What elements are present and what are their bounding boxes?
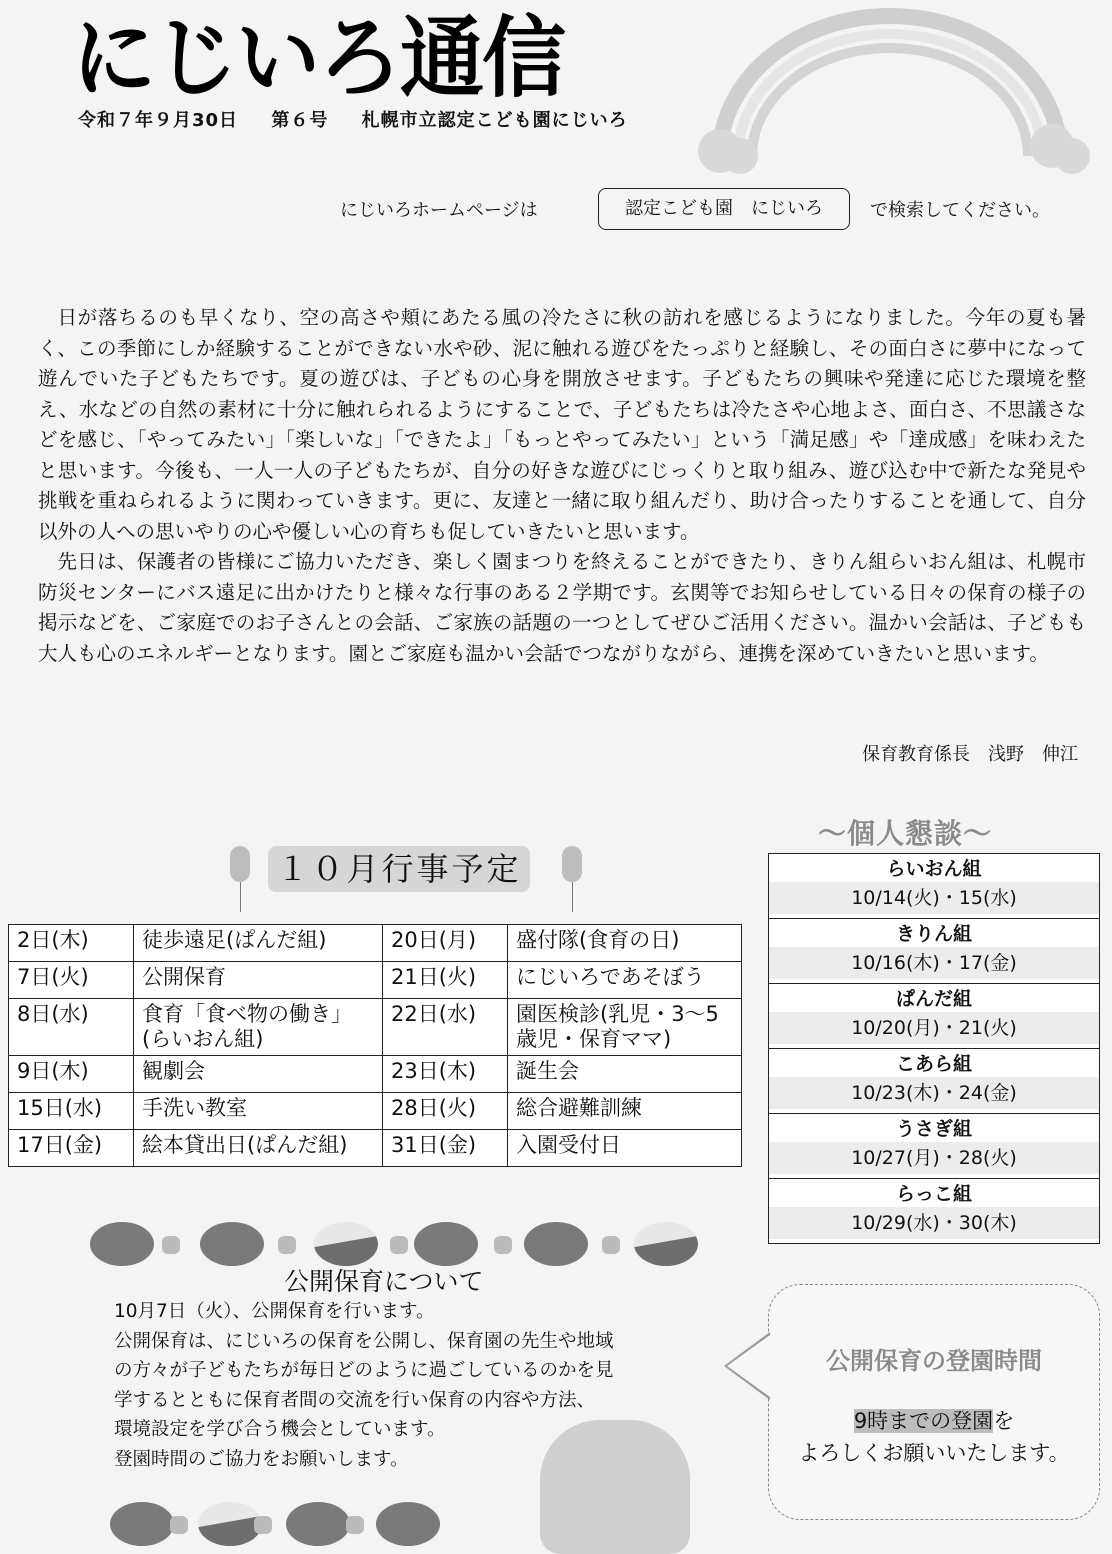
bubble-highlight: 9時までの登園	[854, 1409, 993, 1433]
event-cell: 園医検診(乳児・3～5歳児・保育ママ)	[508, 999, 742, 1056]
event-cell: 盛付隊(食育の日)	[508, 925, 742, 962]
issue-number: 第６号	[271, 110, 328, 131]
intro-paragraph-2: 先日は、保護者の皆様にご協力いただき、楽しく園まつりを終えることができたり、きり…	[38, 547, 1086, 669]
flower-icon	[170, 1516, 188, 1534]
group-dates: 10/27(月)・28(火)	[769, 1142, 1099, 1174]
search-term-box: 認定こども園 にじいろ	[598, 188, 850, 230]
sweet-potato-icon	[90, 1222, 154, 1266]
date-cell: 15日(水)	[9, 1093, 134, 1130]
flower-icon	[162, 1236, 180, 1254]
date-cell: 22日(水)	[383, 999, 508, 1056]
intro-text: 日が落ちるのも早くなり、空の高さや頬にあたる風の冷たさに秋の訪れを感じるようにな…	[38, 303, 1086, 669]
organization-name: 札幌市立認定こども園にじいろ	[362, 110, 628, 131]
sweet-potato-icon	[110, 1502, 174, 1546]
event-cell: 公開保育	[134, 962, 383, 999]
sweet-potato-half-icon	[634, 1222, 698, 1266]
date-cell: 31日(金)	[383, 1130, 508, 1167]
sea-otter-illustration	[540, 1420, 690, 1554]
event-cell: 徒歩遠足(ぱんだ組)	[134, 925, 383, 962]
schedule-title: １０月行事予定	[268, 846, 530, 892]
flower-icon	[346, 1516, 364, 1534]
sweet-potato-icon	[200, 1222, 264, 1266]
event-cell: 入園受付日	[508, 1130, 742, 1167]
intro-paragraph-1: 日が落ちるのも早くなり、空の高さや頬にあたる風の冷たさに秋の訪れを感じるようにな…	[38, 303, 1086, 547]
table-row: 15日(水) 手洗い教室 28日(火) 総合避難訓練	[9, 1093, 742, 1130]
bubble-heading: 公開保育の登園時間	[769, 1341, 1099, 1376]
date-cell: 7日(火)	[9, 962, 134, 999]
kondan-group: きりん組 10/16(木)・17(金)	[769, 919, 1099, 984]
event-cell: にじいろであそぼう	[508, 962, 742, 999]
flower-icon	[494, 1236, 512, 1254]
table-row: 17日(金) 絵本貸出日(ぱんだ組) 31日(金) 入園受付日	[9, 1130, 742, 1167]
group-dates: 10/16(木)・17(金)	[769, 947, 1099, 979]
group-name: らいおん組	[769, 854, 1099, 882]
flower-icon	[390, 1236, 408, 1254]
schedule-table: 2日(木) 徒歩遠足(ぱんだ組) 20日(月) 盛付隊(食育の日) 7日(火) …	[8, 924, 742, 1167]
sweet-potato-icon	[524, 1222, 588, 1266]
bubble-line-2: よろしくお願いいたします。	[769, 1437, 1099, 1467]
group-dates: 10/29(水)・30(木)	[769, 1207, 1099, 1239]
balloon-left-icon	[230, 846, 250, 912]
bubble-tail-inner	[727, 1335, 770, 1397]
group-name: らっこ組	[769, 1179, 1099, 1207]
date-cell: 2日(木)	[9, 925, 134, 962]
table-row: 8日(水) 食育「食べ物の働き」(らいおん組) 22日(水) 園医検診(乳児・3…	[9, 999, 742, 1056]
kokai-line: の方々が子どもたちが毎日どのように過ごしているのかを見	[114, 1356, 714, 1386]
kondan-group: らっこ組 10/29(水)・30(木)	[769, 1179, 1099, 1243]
date-cell: 9日(木)	[9, 1056, 134, 1093]
newsletter-title: にじいろ通信	[72, 6, 564, 111]
group-name: こあら組	[769, 1049, 1099, 1077]
event-cell: 食育「食べ物の働き」(らいおん組)	[134, 999, 383, 1056]
homepage-notice: にじいろホームページは 認定こども園 にじいろ で検索してください。	[340, 188, 1100, 232]
issue-date: 令和７年９月30日	[78, 110, 238, 131]
group-name: うさぎ組	[769, 1114, 1099, 1142]
kondan-group: ぱんだ組 10/20(月)・21(火)	[769, 984, 1099, 1049]
date-cell: 20日(月)	[383, 925, 508, 962]
flower-icon	[254, 1516, 272, 1534]
kondan-group: うさぎ組 10/27(月)・28(火)	[769, 1114, 1099, 1179]
kokai-line: 公開保育は、にじいろの保育を公開し、保育園の先生や地域	[114, 1327, 714, 1357]
sweet-potato-half-icon	[198, 1502, 262, 1546]
event-cell: 総合避難訓練	[508, 1093, 742, 1130]
event-cell: 観劇会	[134, 1056, 383, 1093]
date-cell: 28日(火)	[383, 1093, 508, 1130]
kondan-group: こあら組 10/23(木)・24(金)	[769, 1049, 1099, 1114]
sweet-potato-icon	[376, 1502, 440, 1546]
rainbow-illustration	[680, 6, 1100, 176]
table-row: 2日(木) 徒歩遠足(ぱんだ組) 20日(月) 盛付隊(食育の日)	[9, 925, 742, 962]
kondan-group: らいおん組 10/14(火)・15(水)	[769, 854, 1099, 919]
event-cell: 誕生会	[508, 1056, 742, 1093]
kondan-title: ～個人懇談～	[818, 812, 992, 852]
event-cell: 手洗い教室	[134, 1093, 383, 1130]
sweet-potato-half-icon	[314, 1222, 378, 1266]
newsletter-subtitle: 令和７年９月30日 第６号 札幌市立認定こども園にじいろ	[78, 106, 654, 132]
date-cell: 21日(火)	[383, 962, 508, 999]
sweet-potato-icon	[286, 1502, 350, 1546]
homepage-suffix: で検索してください。	[870, 196, 1050, 222]
bubble-line-1-suffix: を	[993, 1409, 1014, 1433]
kondan-table: らいおん組 10/14(火)・15(水) きりん組 10/16(木)・17(金)…	[768, 853, 1100, 1244]
flower-icon	[602, 1236, 620, 1254]
sweet-potato-icon	[414, 1222, 478, 1266]
date-cell: 17日(金)	[9, 1130, 134, 1167]
homepage-prefix: にじいろホームページは	[340, 196, 538, 222]
date-cell: 8日(水)	[9, 999, 134, 1056]
group-dates: 10/14(火)・15(水)	[769, 882, 1099, 914]
table-row: 9日(木) 観劇会 23日(木) 誕生会	[9, 1056, 742, 1093]
event-cell: 絵本貸出日(ぱんだ組)	[134, 1130, 383, 1167]
bubble-line-1: 9時までの登園を	[769, 1405, 1099, 1435]
kokai-title: 公開保育について	[284, 1262, 484, 1298]
signature: 保育教育係長 浅野 伸江	[862, 740, 1078, 766]
group-name: ぱんだ組	[769, 984, 1099, 1012]
balloon-right-icon	[562, 846, 582, 912]
kokai-line: 学するとともに保育者間の交流を行い保育の内容や方法、	[114, 1386, 714, 1416]
arrival-time-bubble: 公開保育の登園時間 9時までの登園を よろしくお願いいたします。	[768, 1284, 1100, 1520]
flower-icon	[278, 1236, 296, 1254]
table-row: 7日(火) 公開保育 21日(火) にじいろであそぼう	[9, 962, 742, 999]
kokai-line: 10月7日（火）、公開保育を行います。	[114, 1297, 714, 1327]
group-dates: 10/23(木)・24(金)	[769, 1077, 1099, 1109]
date-cell: 23日(木)	[383, 1056, 508, 1093]
group-dates: 10/20(月)・21(火)	[769, 1012, 1099, 1044]
group-name: きりん組	[769, 919, 1099, 947]
